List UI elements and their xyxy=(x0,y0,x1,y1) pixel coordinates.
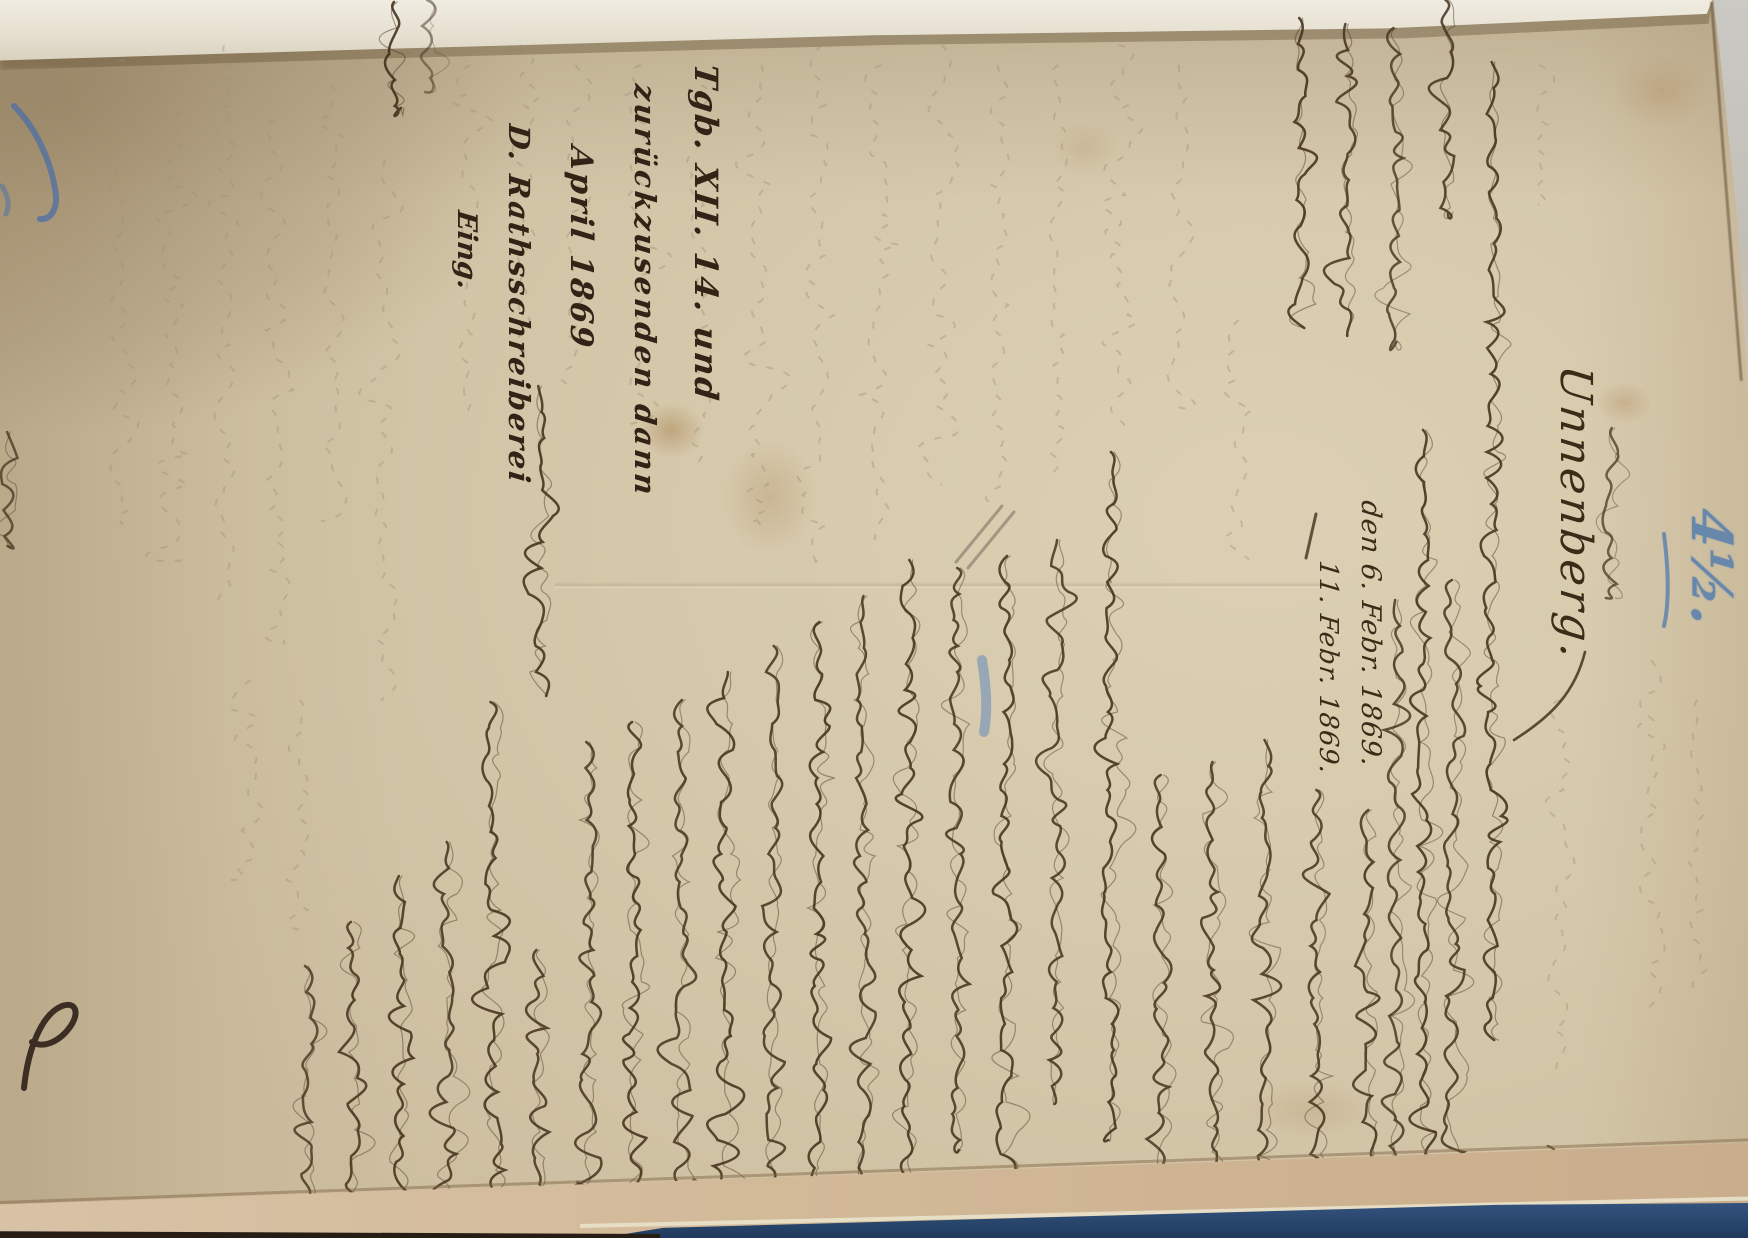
ink-paraph xyxy=(24,1005,76,1088)
blue-pencil-curve xyxy=(2,186,8,214)
ink-dash xyxy=(1306,514,1316,558)
handwriting-layer xyxy=(0,0,1748,1238)
registry-note-line-2: zurückzusenden dann xyxy=(630,83,660,499)
blue-crayon-dash xyxy=(982,660,986,732)
manuscript-photo: Unnenberg. den 6. Febr. 1869. 11. Febr. … xyxy=(0,0,1748,1238)
registry-note-line-1: Tgb. XII. 14. und xyxy=(688,62,722,403)
title-flourish xyxy=(1514,652,1585,740)
registry-note-line-5: Eing. xyxy=(452,209,480,291)
date-line-1: den 6. Febr. 1869. xyxy=(1356,499,1384,768)
blue-folio-number: 4½. xyxy=(1681,506,1740,629)
blue-pencil-curve xyxy=(14,106,56,219)
registry-note-line-3: April 1869 xyxy=(564,145,597,351)
blue-folio-stroke xyxy=(1664,534,1668,626)
registry-note-line-4: D. Rathsschreiberei xyxy=(504,123,534,486)
date-line-2: 11. Febr. 1869. xyxy=(1314,559,1341,776)
page-title: Unnenberg. xyxy=(1552,363,1598,663)
